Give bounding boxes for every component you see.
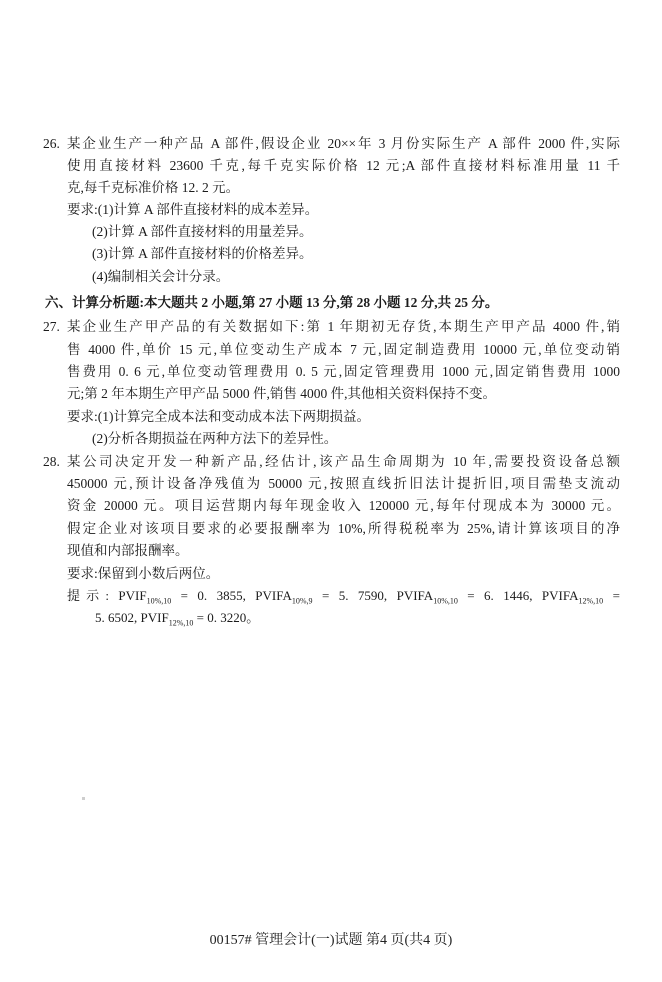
question-26-requirement-1: 要求:(1)计算 A 部件直接材料的成本差异。 — [67, 199, 620, 221]
factor-base: PVIFA — [397, 588, 434, 603]
question-26: 26.某企业生产一种产品 A 部件,假设企业 20××年 3 月份实际生产 A … — [67, 133, 620, 288]
factor-subscript: 12%,10 — [579, 597, 604, 606]
pvifa-factor: PVIFA10%,9 = 5. 7590, — [255, 588, 396, 603]
question-27-requirement-1: 要求:(1)计算完全成本法和变动成本法下两期损益。 — [67, 406, 620, 428]
factor-value: 5. 6502, — [95, 610, 141, 625]
factor-value: = 0. 3220。 — [193, 610, 259, 625]
factor-value: = 0. 3855, — [171, 588, 255, 603]
question-28-line-2: 450000 元,预计设备净残值为 50000 元,按照直线折旧法计提折旧,项目… — [67, 473, 620, 495]
question-26-line-2: 使用直接材料 23600 千克,每千克实际价格 12 元;A 部件直接材料标准用… — [67, 155, 620, 177]
pvifa-factor: PVIFA12%,10 = — [542, 588, 620, 603]
question-27-line-2: 售 4000 件,单价 15 元,单位变动生产成本 7 元,固定制造费用 100… — [67, 339, 620, 361]
exam-page: 26.某企业生产一种产品 A 部件,假设企业 20××年 3 月份实际生产 A … — [0, 0, 662, 982]
question-28-hint-line-1: 提示: PVIF10%,10 = 0. 3855, PVIFA10%,9 = 5… — [67, 585, 620, 607]
question-27-line-4: 元;第 2 年本期生产甲产品 5000 件,销售 4000 件,其他相关资料保持… — [67, 383, 620, 405]
question-28-line-5: 现值和内部报酬率。 — [67, 540, 620, 562]
page-footer: 00157# 管理会计(一)试题 第4 页(共4 页) — [0, 929, 662, 949]
factor-value: = 6. 1446, — [458, 588, 542, 603]
factor-value: = 5. 7590, — [313, 588, 397, 603]
hint-label: 提示: — [67, 588, 118, 603]
scan-artifact-dot — [82, 797, 85, 800]
question-26-requirement-3: (3)计算 A 部件直接材料的价格差异。 — [67, 243, 620, 265]
question-26-text: 某企业生产一种产品 A 部件,假设企业 20××年 3 月份实际生产 A 部件 … — [67, 136, 620, 151]
question-26-number: 26. — [43, 133, 60, 155]
factor-subscript: 10%,10 — [147, 597, 172, 606]
question-28-hint-line-2: 5. 6502, PVIF12%,10 = 0. 3220。 — [67, 607, 620, 629]
factor-base: PVIFA — [542, 588, 579, 603]
question-26-requirement-4: (4)编制相关会计分录。 — [67, 266, 620, 288]
pvif-factor: PVIF10%,10 = 0. 3855, — [118, 588, 255, 603]
question-28-line-3: 资金 20000 元。项目运营期内每年现金收入 120000 元,每年付现成本为… — [67, 495, 620, 517]
question-27-requirement-2: (2)分析各期损益在两种方法下的差异性。 — [67, 428, 620, 450]
question-27-number: 27. — [43, 316, 60, 338]
factor-base: PVIF — [118, 588, 146, 603]
factor-base: PVIFA — [255, 588, 292, 603]
question-28-requirement: 要求:保留到小数后两位。 — [67, 563, 620, 585]
question-27-line-1: 27.某企业生产甲产品的有关数据如下:第 1 年期初无存货,本期生产甲产品 40… — [67, 316, 620, 338]
question-28-line-1: 28.某公司决定开发一种新产品,经估计,该产品生命周期为 10 年,需要投资设备… — [67, 451, 620, 473]
question-28-line-4: 假定企业对该项目要求的必要报酬率为 10%,所得税税率为 25%,请计算该项目的… — [67, 518, 620, 540]
question-28-text: 某公司决定开发一种新产品,经估计,该产品生命周期为 10 年,需要投资设备总额 — [67, 454, 620, 469]
question-26-line-3: 克,每千克标准价格 12. 2 元。 — [67, 177, 620, 199]
section-6-heading: 六、计算分析题:本大题共 2 小题,第 27 小题 13 分,第 28 小题 1… — [45, 292, 620, 315]
question-27-line-3: 售费用 0. 6 元,单位变动管理费用 0. 5 元,固定管理费用 1000 元… — [67, 361, 620, 383]
question-28: 28.某公司决定开发一种新产品,经估计,该产品生命周期为 10 年,需要投资设备… — [67, 451, 620, 630]
question-26-line-1: 26.某企业生产一种产品 A 部件,假设企业 20××年 3 月份实际生产 A … — [67, 133, 620, 155]
factor-base: PVIF — [141, 610, 169, 625]
question-27-text: 某企业生产甲产品的有关数据如下:第 1 年期初无存货,本期生产甲产品 4000 … — [67, 319, 620, 334]
question-27: 27.某企业生产甲产品的有关数据如下:第 1 年期初无存货,本期生产甲产品 40… — [67, 316, 620, 450]
question-area: 26.某企业生产一种产品 A 部件,假设企业 20××年 3 月份实际生产 A … — [45, 133, 620, 630]
factor-subscript: 12%,10 — [169, 619, 194, 628]
question-28-number: 28. — [43, 451, 60, 473]
factor-subscript: 10%,10 — [433, 597, 458, 606]
factor-subscript: 10%,9 — [292, 597, 313, 606]
question-26-requirement-2: (2)计算 A 部件直接材料的用量差异。 — [67, 221, 620, 243]
factor-value: = — [603, 588, 620, 603]
pvifa-factor: PVIFA10%,10 = 6. 1446, — [397, 588, 542, 603]
